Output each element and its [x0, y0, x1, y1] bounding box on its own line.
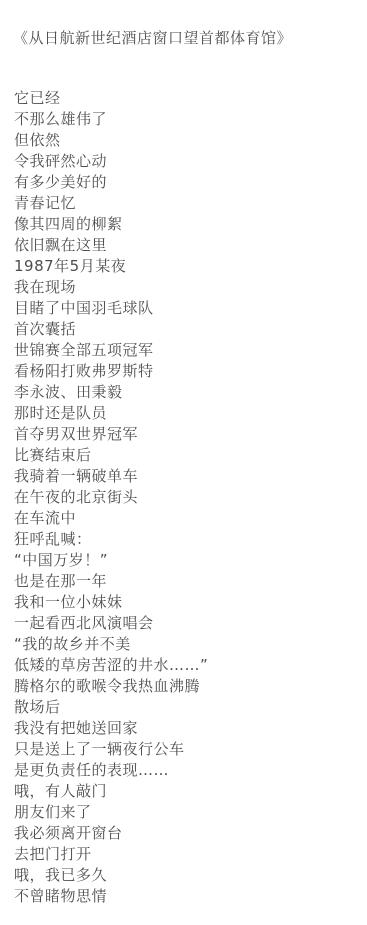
poem-line: 是更负责任的表现……: [14, 760, 357, 781]
poem-line: 朋友们来了: [14, 802, 357, 823]
poem-line: 看杨阳打败弗罗斯特: [14, 361, 357, 382]
poem-line: 我没有把她送回家: [14, 718, 357, 739]
poem-line: 世锦赛全部五项冠军: [14, 340, 357, 361]
poem-line: 李永波、田秉毅: [14, 382, 357, 403]
poem-line: 我在现场: [14, 277, 357, 298]
poem-line: 我必须离开窗台: [14, 823, 357, 844]
poem-line: “我的故乡并不美: [14, 634, 357, 655]
poem-line: 首次囊括: [14, 319, 357, 340]
poem-line: 哦，有人敲门: [14, 781, 357, 802]
poem-line: 1987年5月某夜: [14, 256, 357, 277]
poem-line: 那时还是队员: [14, 403, 357, 424]
poem-title: 《从日航新世纪酒店窗口望首都体育馆》: [0, 0, 367, 49]
poem-line: 目睹了中国羽毛球队: [14, 298, 357, 319]
poem-line: 在车流中: [14, 508, 357, 529]
poem-line: 但依然: [14, 130, 357, 151]
poem-line: 不那么雄伟了: [14, 109, 357, 130]
poem-line: 只是送上了一辆夜行公车: [14, 739, 357, 760]
poem-line: 腾格尔的歌喉令我热血沸腾: [14, 676, 357, 697]
poem-page: 《从日航新世纪酒店窗口望首都体育馆》 它已经 不那么雄伟了 但依然 令我砰然心动…: [0, 0, 367, 925]
poem-line: 低矮的草房苦涩的井水……”: [14, 655, 357, 676]
poem-line: 狂呼乱喊：: [14, 529, 357, 550]
poem-line: 像其四周的柳絮: [14, 214, 357, 235]
poem-line: 散场后: [14, 697, 357, 718]
poem-line: 令我砰然心动: [14, 151, 357, 172]
poem-line: 比赛结束后: [14, 445, 357, 466]
poem-line: 不曾睹物思情: [14, 886, 357, 907]
poem-line: “中国万岁！”: [14, 550, 357, 571]
poem-line: 去把门打开: [14, 844, 357, 865]
poem-line: 哦，我已多久: [14, 865, 357, 886]
poem-line: 首夺男双世界冠军: [14, 424, 357, 445]
poem-line: 有多少美好的: [14, 172, 357, 193]
poem-line: 我和一位小妹妹: [14, 592, 357, 613]
poem-body: 它已经 不那么雄伟了 但依然 令我砰然心动 有多少美好的 青春记忆 像其四周的柳…: [0, 88, 367, 907]
poem-line: 也是在那一年: [14, 571, 357, 592]
poem-line: 我骑着一辆破单车: [14, 466, 357, 487]
poem-line: 青春记忆: [14, 193, 357, 214]
poem-line: 在午夜的北京街头: [14, 487, 357, 508]
poem-line: 它已经: [14, 88, 357, 109]
poem-line: 一起看西北风演唱会: [14, 613, 357, 634]
poem-line: 依旧飘在这里: [14, 235, 357, 256]
